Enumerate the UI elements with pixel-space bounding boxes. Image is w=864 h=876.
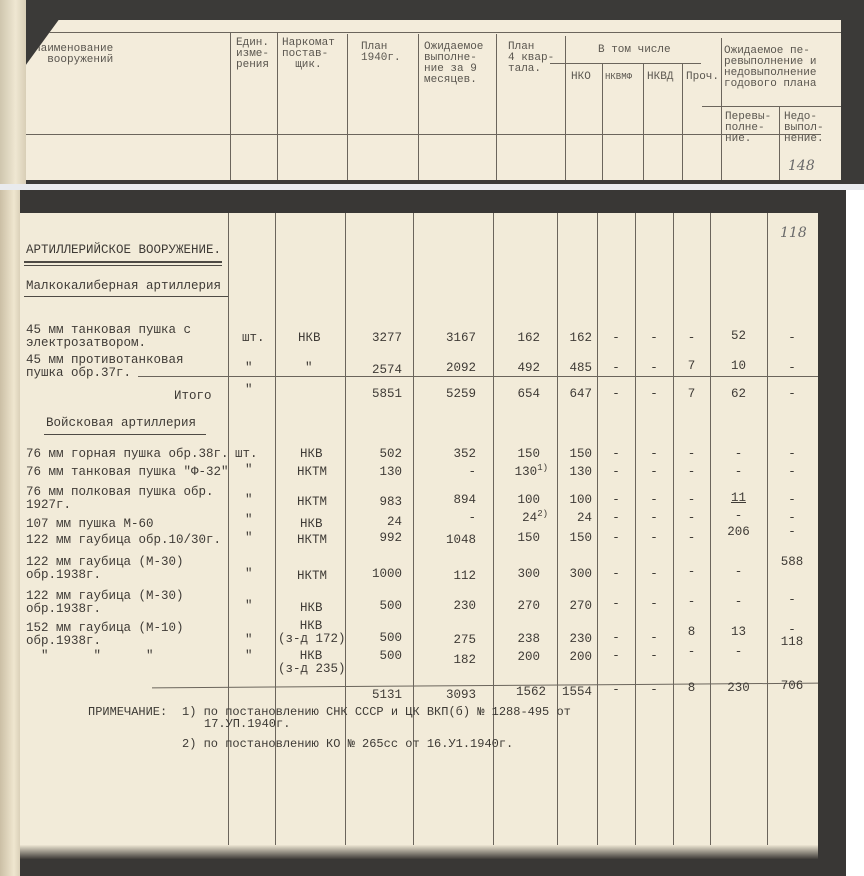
over-under-divider xyxy=(702,106,841,107)
row-unit: " xyxy=(245,494,253,507)
row-nkvmf: - xyxy=(597,532,635,545)
row-supplier: НКТМ xyxy=(297,496,327,509)
row-expected: 275 xyxy=(420,634,476,647)
total-under: - xyxy=(767,388,817,401)
row-under: 588 xyxy=(767,556,817,569)
subsection-small-caliber: Малкокалиберная артиллерия xyxy=(26,279,221,293)
row-nkvmf: - xyxy=(597,332,635,345)
note-1-date: 17.УП.1940г. xyxy=(204,717,290,731)
total-nkvmf: - xyxy=(597,388,635,401)
row-q4: 150 xyxy=(498,448,540,461)
row-nko: 270 xyxy=(560,600,592,613)
notes-label: ПРИМЕЧАНИЕ: xyxy=(88,705,167,719)
row-nkvd: - xyxy=(635,448,673,461)
row-expected: 352 xyxy=(420,448,476,461)
total-expected: 5259 xyxy=(420,388,476,401)
row-nko: 24 xyxy=(560,512,592,525)
col-divider xyxy=(277,32,278,180)
col-divider xyxy=(418,34,419,180)
row-supplier: НКТМ xyxy=(297,466,327,479)
row-nkvmf: - xyxy=(597,448,635,461)
row-other: 8 xyxy=(673,626,710,639)
row-under: - xyxy=(767,526,817,539)
total-nkvd: - xyxy=(635,684,673,697)
row-supplier: НКТМ xyxy=(297,534,327,547)
row-name: 76 мм танковая пушка "Ф-32" xyxy=(26,466,229,479)
header-rule-bottom xyxy=(26,134,821,135)
col-divider xyxy=(230,32,231,180)
section-title-underline-2 xyxy=(24,265,222,266)
row-unit: " xyxy=(245,514,253,527)
row-expected: 1048 xyxy=(420,534,476,547)
note-2: 2) по постановлению КО № 265сс от 16.У1.… xyxy=(182,737,513,751)
row-over: 10 xyxy=(710,360,767,373)
row-nkvd: - xyxy=(635,532,673,545)
total-q4: 654 xyxy=(498,388,540,401)
row-nkvd: - xyxy=(635,598,673,611)
total-plan: 5851 xyxy=(350,388,402,401)
row-plan: 1000 xyxy=(350,568,402,581)
row-unit: " xyxy=(245,650,253,663)
row-plan: 500 xyxy=(350,650,402,663)
row-name: 122 мм гаубица (М-30) обр.1938г. xyxy=(26,556,184,582)
row-plan: 130 xyxy=(350,466,402,479)
row-over: - xyxy=(710,448,767,461)
row-unit: " xyxy=(245,362,253,375)
row-nko: 230 xyxy=(560,633,592,646)
row-nkvd: - xyxy=(635,494,673,507)
total-nkvd: - xyxy=(635,388,673,401)
col-divider xyxy=(565,36,566,180)
page-bottom-edge xyxy=(20,845,818,859)
row-name: " " " xyxy=(26,650,154,663)
row-over: - xyxy=(710,596,767,609)
row-under: 118 xyxy=(767,636,817,649)
section-title-underline xyxy=(24,261,222,263)
row-under: - xyxy=(767,448,817,461)
row-over: 13 xyxy=(710,626,767,639)
row-nko: 130 xyxy=(560,466,592,479)
row-unit: шт. xyxy=(235,448,258,461)
row-plan: 500 xyxy=(350,632,402,645)
row-under: - xyxy=(767,466,817,479)
row-supplier: НКВ xyxy=(300,518,323,531)
subsection-underline xyxy=(24,296,228,297)
header-name: Наименование вооружений xyxy=(34,44,113,66)
row-nkvmf: - xyxy=(597,494,635,507)
row-other: - xyxy=(673,532,710,545)
row-expected: - xyxy=(420,466,476,479)
row-other: - xyxy=(673,448,710,461)
row-q4: 162 xyxy=(498,332,540,345)
book-binding-bottom xyxy=(0,190,20,876)
row-plan: 24 xyxy=(350,516,402,529)
col-divider xyxy=(347,34,348,180)
row-plan: 3277 xyxy=(350,332,402,345)
row-supplier: НКВ xyxy=(298,332,321,345)
total-over: 230 xyxy=(710,682,767,695)
row-over: 52 xyxy=(710,330,767,343)
row-other: - xyxy=(673,466,710,479)
row-name: 107 мм пушка М-60 xyxy=(26,518,154,531)
row-under: - xyxy=(767,332,817,345)
row-other: - xyxy=(673,332,710,345)
row-nko: 300 xyxy=(560,568,592,581)
row-q4: 1301) xyxy=(498,466,548,479)
row-under: - xyxy=(767,494,817,507)
row-over: 206 xyxy=(710,526,767,539)
row-expected: 230 xyxy=(420,600,476,613)
total-other: 8 xyxy=(673,682,710,695)
header-sub-other: Проч. xyxy=(686,72,719,83)
col-divider xyxy=(602,64,603,180)
row-q4: 300 xyxy=(498,568,540,581)
header-under: Недо- выпол- нение. xyxy=(784,112,824,145)
row-supplier: НКТМ xyxy=(297,570,327,583)
row-supplier: НКВ xyxy=(300,602,323,615)
row-other: - xyxy=(673,566,710,579)
header-including: В том числе xyxy=(598,45,671,56)
right-margin xyxy=(846,190,864,876)
header-plan-q4: План 4 квар- тала. xyxy=(508,42,554,75)
row-supplier: НКВ xyxy=(300,448,323,461)
header-over-under: Ожидаемое пе- ревыполнение и недовыполне… xyxy=(724,46,816,90)
row-unit: " xyxy=(245,532,253,545)
row-supplier: НКВ (з-д 172) xyxy=(278,620,344,646)
header-sub-nkvmf: НКВМФ xyxy=(605,72,632,83)
header-sub-nko: НКО xyxy=(571,72,591,83)
row-supplier: " xyxy=(305,362,313,375)
col-divider xyxy=(597,213,598,845)
row-under: - xyxy=(767,594,817,607)
row-unit: " xyxy=(245,464,253,477)
row-nkvd: - xyxy=(635,632,673,645)
row-plan: 500 xyxy=(350,600,402,613)
row-nko: 150 xyxy=(560,448,592,461)
total-label: Итого xyxy=(174,390,212,403)
row-name: 76 мм полковая пушка обр. 1927г. xyxy=(26,486,214,512)
row-name: 76 мм горная пушка обр.38г. xyxy=(26,448,229,461)
row-nkvd: - xyxy=(635,568,673,581)
header-over: Перевы- полне- ние. xyxy=(725,112,771,145)
total-expected: 3093 xyxy=(420,689,476,702)
row-nkvmf: - xyxy=(597,598,635,611)
row-unit: " xyxy=(245,600,253,613)
row-other: - xyxy=(673,494,710,507)
row-q4: 242) xyxy=(498,512,548,525)
handwritten-page-number: 118 xyxy=(780,225,807,241)
col-divider xyxy=(557,213,558,845)
row-nko: 485 xyxy=(560,362,592,375)
row-q4: 100 xyxy=(498,494,540,507)
row-nkvd: - xyxy=(635,362,673,375)
col-divider xyxy=(721,38,722,180)
row-q4: 150 xyxy=(498,532,540,545)
col-divider xyxy=(635,213,636,845)
total-other: 7 xyxy=(673,388,710,401)
row-over: 11 xyxy=(710,492,767,505)
row-expected: 894 xyxy=(420,494,476,507)
row-other: 7 xyxy=(673,360,710,373)
row-name: 122 мм гаубица (М-30) обр.1938г. xyxy=(26,590,184,616)
row-plan: 983 xyxy=(350,496,402,509)
row-plan: 502 xyxy=(350,448,402,461)
handwritten-page-number-top: 148 xyxy=(788,158,815,174)
book-binding-top xyxy=(0,0,26,184)
row-nkvd: - xyxy=(635,466,673,479)
row-q4: 270 xyxy=(498,600,540,613)
total-q4: 1562 xyxy=(498,686,546,699)
row-other: - xyxy=(673,512,710,525)
section-title: АРТИЛЛЕРИЙСКОЕ ВООРУЖЕНИЕ. xyxy=(26,243,221,257)
row-expected: 182 xyxy=(420,654,476,667)
row-nkvmf: - xyxy=(597,650,635,663)
col-divider xyxy=(779,106,780,180)
col-divider xyxy=(682,64,683,180)
row-under: - xyxy=(767,362,817,375)
data-sheet: 118 АРТИЛЛЕРИЙСКОЕ ВООРУЖЕНИЕ. Малкокали… xyxy=(20,213,818,845)
row-expected: 3167 xyxy=(420,332,476,345)
row-over: - xyxy=(710,646,767,659)
col-divider xyxy=(496,34,497,180)
row-unit: " xyxy=(245,634,253,647)
row-nko: 162 xyxy=(560,332,592,345)
total-nko: 1554 xyxy=(550,686,592,699)
row-nkvd: - xyxy=(635,650,673,663)
row-nkvmf: - xyxy=(597,632,635,645)
row-name: 122 мм гаубица обр.10/30г. xyxy=(26,534,221,547)
total-rule xyxy=(138,376,818,377)
row-nkvd: - xyxy=(635,332,673,345)
row-nkvmf: - xyxy=(597,568,635,581)
including-underline xyxy=(550,63,701,64)
row-q4: 200 xyxy=(498,651,540,664)
row-nkvmf: - xyxy=(597,512,635,525)
row-plan: 992 xyxy=(350,532,402,545)
row-nkvd: - xyxy=(635,512,673,525)
row-over: - xyxy=(710,466,767,479)
col-divider xyxy=(643,64,644,180)
row-other: - xyxy=(673,596,710,609)
row-unit: шт. xyxy=(242,332,265,345)
row-nko: 150 xyxy=(560,532,592,545)
row-over: - xyxy=(710,566,767,579)
row-unit: " xyxy=(245,568,253,581)
row-nkvmf: - xyxy=(597,362,635,375)
subsection-underline xyxy=(44,434,206,435)
row-nkvmf: - xyxy=(597,466,635,479)
row-nko: 200 xyxy=(560,651,592,664)
total-over: 62 xyxy=(710,388,767,401)
row-q4: 492 xyxy=(498,362,540,375)
header-plan-1940: План 1940г. xyxy=(361,42,401,64)
header-expected-9m: Ожидаемое выполне- ние за 9 месяцев. xyxy=(424,42,483,86)
row-under: - xyxy=(767,512,817,525)
row-over: - xyxy=(710,510,767,523)
header-rule-top xyxy=(46,32,841,33)
row-expected: 2092 xyxy=(420,362,476,375)
header-supplier: Наркомат постав- щик. xyxy=(282,38,335,71)
subsection-troop: Войсковая артиллерия xyxy=(46,416,196,430)
header-sub-nkvd: НКВД xyxy=(647,72,673,83)
total-plan: 5131 xyxy=(350,689,402,702)
row-name: 152 мм гаубица (М-10) обр.1938г. xyxy=(26,622,184,648)
total-nkvmf: - xyxy=(597,684,635,697)
header-unit: Един. изме- рения xyxy=(236,38,269,71)
total-under: 706 xyxy=(767,680,817,693)
row-name: 45 мм танковая пушка с электрозатвором. xyxy=(26,324,191,350)
row-nko: 100 xyxy=(560,494,592,507)
header-sheet: Наименование вооружений Един. изме- рени… xyxy=(26,20,841,180)
row-q4: 238 xyxy=(498,633,540,646)
row-expected: 112 xyxy=(420,570,476,583)
row-supplier: НКВ (з-д 235) xyxy=(278,650,344,676)
row-expected: - xyxy=(420,512,476,525)
col-divider xyxy=(673,213,674,845)
row-other: - xyxy=(673,646,710,659)
total-nko: 647 xyxy=(560,388,592,401)
total-unit: " xyxy=(245,384,253,397)
